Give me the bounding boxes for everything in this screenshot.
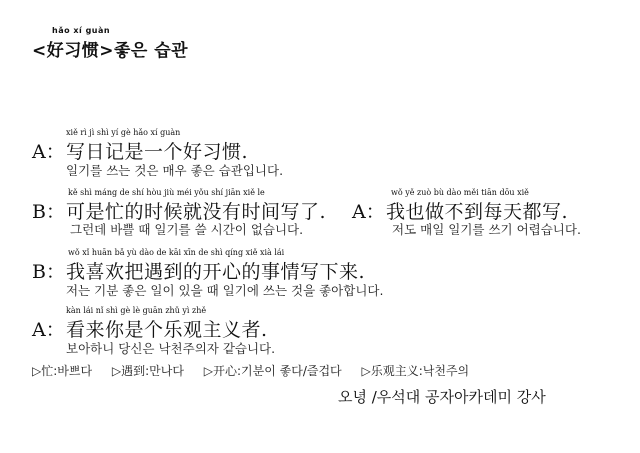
speaker-label: A： <box>352 197 385 224</box>
pinyin-line-4: wǒ xǐ huān bǎ yù dào de kāi xīn de shì q… <box>68 248 284 257</box>
chinese-sentence-5: 看来你是个乐观主义者. <box>66 315 268 342</box>
korean-translation-2: 그런데 바쁠 때 일기를 쓸 시간이 없습니다. <box>70 220 303 238</box>
speaker-label: B： <box>32 197 65 224</box>
vocabulary-list: ▷忙:바쁘다 ▷遇到:만나다 ▷开心:기분이 좋다/즐겁다 ▷乐观主义:낙천주의 <box>32 362 485 379</box>
korean-translation-5: 보아하니 당신은 낙천주의자 같습니다. <box>66 339 275 357</box>
page-title: <好习惯>좋은 습관 <box>32 36 188 61</box>
chinese-sentence-4: 我喜欢把遇到的开心的事情写下来. <box>66 257 365 284</box>
speaker-label: B： <box>32 257 65 284</box>
korean-translation-4: 저는 기분 좋은 일이 있을 때 일기에 쓰는 것을 좋아합니다. <box>66 281 383 299</box>
pinyin-line-5: kàn lái nǐ shì gè lè guān zhǔ yì zhě <box>66 306 206 315</box>
korean-translation-1: 일기를 쓰는 것은 매우 좋은 습관입니다. <box>66 161 283 179</box>
vocab-item: ▷乐观主义:낙천주의 <box>361 364 469 378</box>
pinyin-line-3: wǒ yě zuò bù dào měi tiān dōu xiě <box>391 188 529 197</box>
speaker-label: A： <box>32 137 65 164</box>
vocab-item: ▷遇到:만나다 <box>112 364 184 378</box>
chinese-sentence-1: 写日记是一个好习惯. <box>66 137 248 164</box>
pinyin-line-2: kě shì máng de shí hòu jiù méi yǒu shí j… <box>68 188 265 197</box>
speaker-label: A： <box>32 315 65 342</box>
pinyin-line-1: xiě rì jì shì yí gè hǎo xí guàn <box>66 128 180 137</box>
author-credit: 오녕 /우석대 공자아카데미 강사 <box>338 386 546 407</box>
korean-translation-3: 저도 매일 일기를 쓰기 어렵습니다. <box>392 220 581 238</box>
title-pinyin: hǎo xí guàn <box>52 26 110 35</box>
vocab-item: ▷开心:기분이 좋다/즐겁다 <box>204 364 342 378</box>
vocab-item: ▷忙:바쁘다 <box>32 364 92 378</box>
